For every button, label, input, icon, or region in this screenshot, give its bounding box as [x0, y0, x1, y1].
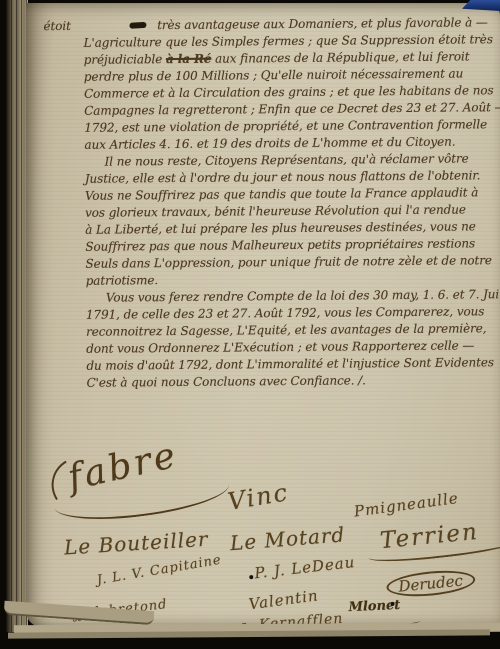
- ink-spot: [249, 575, 253, 579]
- ink-spot: [391, 602, 395, 606]
- signature-derudec: Derudec: [385, 567, 476, 599]
- signature-block: fabre Vinc Pmigneaulle Le Bouteiller Le …: [23, 1, 500, 629]
- signature-mlonet: Mlonet: [348, 598, 400, 615]
- signature-derudec-text: Derudec: [385, 567, 476, 599]
- signature-le-motard: Le Motard: [229, 522, 346, 555]
- signature-ledeau: P. J. LeDeau: [254, 553, 357, 582]
- signature-valentin: Valentin: [248, 586, 320, 613]
- signature-le-bouteiller: Le Bouteiller: [63, 527, 209, 560]
- signature-capitaine: J. L. V. Capitaine: [96, 553, 223, 589]
- signature-vinc: Vinc: [226, 478, 291, 516]
- signature-pmigneaulle: Pmigneaulle: [353, 489, 460, 521]
- manuscript-page: étoit très avantageuse aux Domaniers, et…: [26, 3, 500, 627]
- scanned-manuscript-photo: { "manuscript": { "language": "French", …: [0, 0, 500, 649]
